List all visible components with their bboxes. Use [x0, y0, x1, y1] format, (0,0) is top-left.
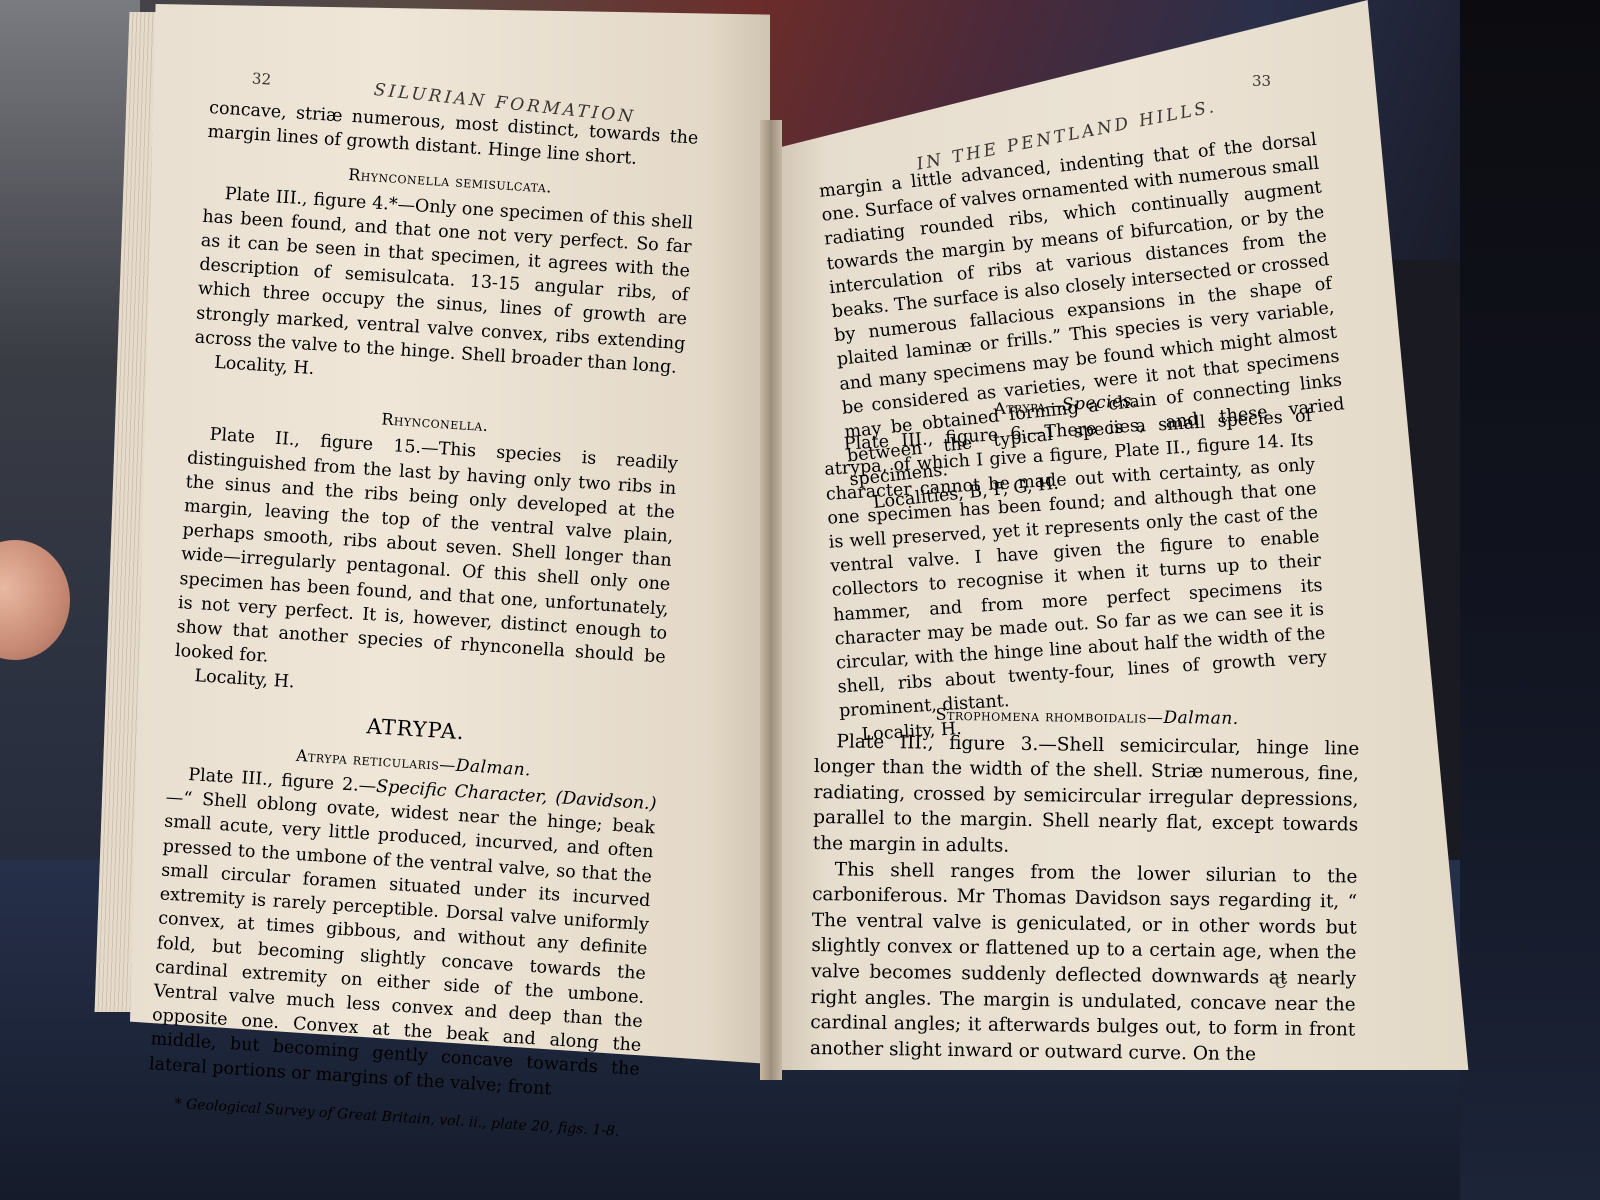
- left-page-number: 32: [251, 69, 271, 88]
- right-page-number: 33: [1252, 72, 1271, 90]
- section-body: Plate III., figure 4.*—Only one specimen…: [194, 180, 694, 380]
- right-page-text-bottom: Strophomena rhomboidalis—Dalman. Plate I…: [810, 690, 1360, 1069]
- species-body: Plate III., figure 6.—There is a small s…: [822, 404, 1329, 724]
- section-body: Plate II., figure 15.—This species is re…: [174, 422, 678, 694]
- species-body: Plate III., figure 2.—Specific Character…: [148, 762, 657, 1107]
- species-body-continued: This shell ranges from the lower siluria…: [810, 857, 1358, 1069]
- species-name: Strophomena rhomboidalis—: [935, 705, 1163, 727]
- species-author: Dalman.: [1163, 708, 1239, 729]
- species-author: Dalman.: [455, 756, 531, 781]
- book-gutter: [760, 120, 782, 1080]
- species-body: Plate III., figure 3.—Shell semicircular…: [813, 729, 1360, 865]
- species-name: Atrypa—: [994, 395, 1063, 418]
- species-name: Atrypa reticularis—: [295, 746, 456, 775]
- signature-mark: C: [1275, 974, 1286, 992]
- left-page-text: concave, striæ numerous, most distinct, …: [146, 96, 699, 1145]
- species-qualifier: Species.: [1061, 391, 1138, 416]
- description-text: —“ Shell oblong ovate, widest near the h…: [148, 788, 655, 1099]
- background-right: [1460, 0, 1600, 1200]
